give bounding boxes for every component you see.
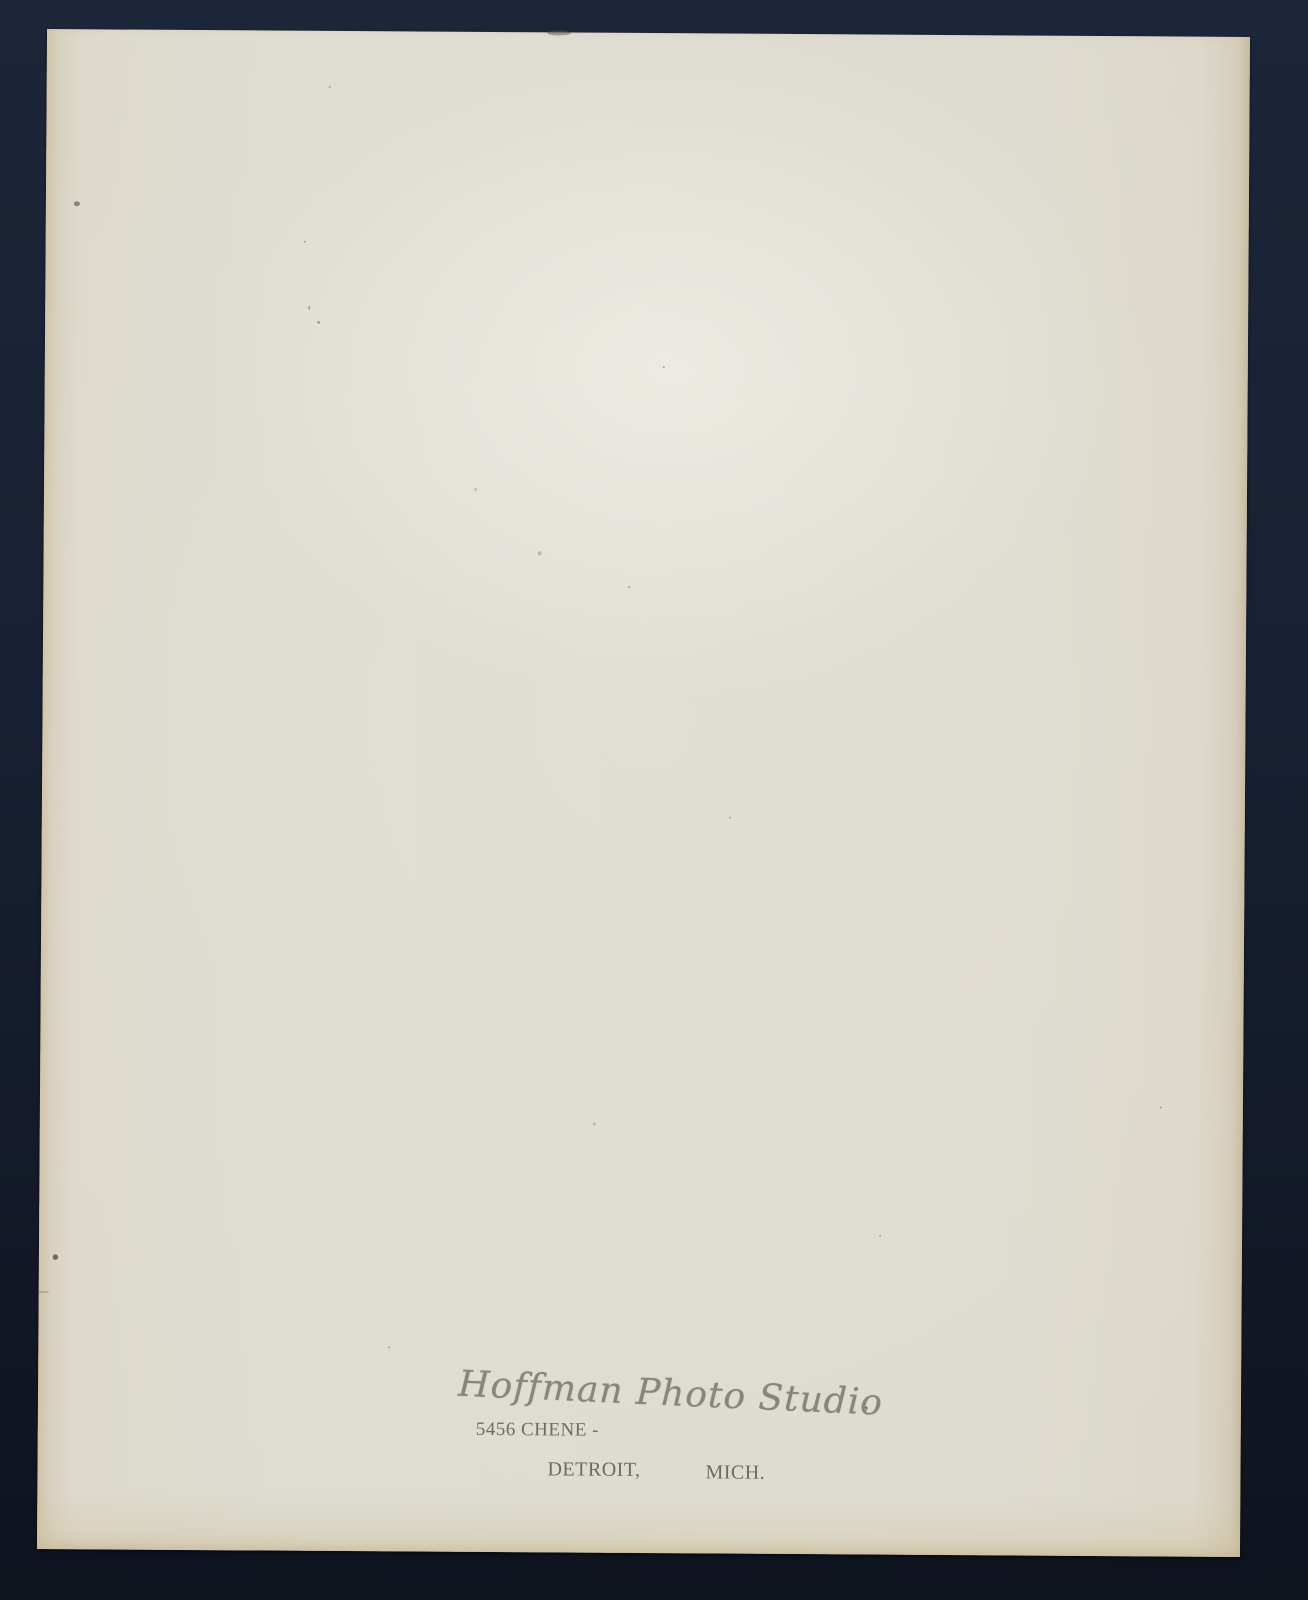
paper-speck (317, 321, 320, 324)
paper-speck (308, 306, 310, 310)
paper-speck (388, 1346, 390, 1348)
studio-state: MICH. (705, 1461, 765, 1484)
studio-city: DETROIT, (547, 1458, 640, 1482)
paper-speck (304, 241, 306, 243)
studio-address-line: 5456 CHENE - (476, 1419, 599, 1442)
paper-speck (729, 817, 731, 819)
paper-speck (663, 366, 665, 368)
studio-name-imprint: Hoffman Photo Studio (457, 1364, 884, 1424)
pin-hole (51, 1253, 60, 1261)
paper-speck (1160, 1106, 1162, 1108)
paper-speck (593, 1123, 596, 1126)
top-edge-mark (547, 30, 571, 35)
studio-name-trailing-mark: , (864, 1391, 869, 1414)
paper-speck (538, 551, 542, 555)
paper-speck (628, 586, 630, 588)
paper-blemish (74, 201, 80, 206)
photo-mount-card: Hoffman Photo Studio , 5456 CHENE - DETR… (37, 29, 1250, 1557)
paper-speck (879, 1235, 881, 1237)
edge-nick (39, 1291, 49, 1293)
paper-speck (329, 86, 331, 88)
paper-speck (474, 488, 477, 491)
